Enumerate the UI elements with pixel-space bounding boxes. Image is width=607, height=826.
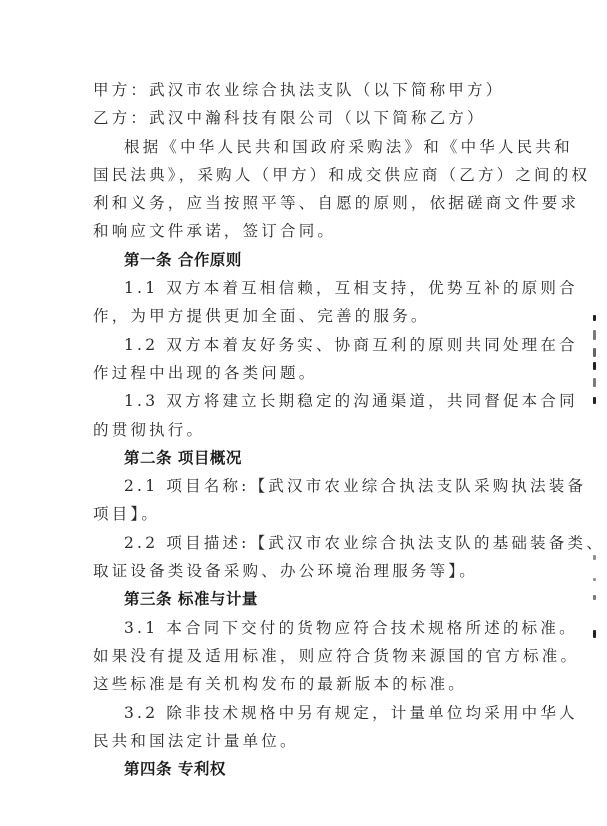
stamp-mark	[593, 348, 596, 357]
party-a-line: 甲方：武汉市农业综合执法支队（以下简称甲方）	[93, 76, 513, 104]
contract-page: 甲方：武汉市农业综合执法支队（以下简称甲方） 乙方：武汉中瀚科技有限公司（以下简…	[93, 76, 513, 783]
party-b-line: 乙方：武汉中瀚科技有限公司（以下简称乙方）	[93, 104, 513, 132]
clause-line: 项目】。	[93, 500, 513, 528]
clause-line: 1.1 双方本着互相信赖，互相支持，优势互补的原则合	[93, 274, 513, 302]
clause-line: 作过程中出现的各类问题。	[93, 359, 513, 387]
stamp-mark	[593, 397, 596, 404]
section-heading: 第四条 专利权	[93, 755, 513, 783]
preamble-line: 根据《中华人民共和国政府采购法》和《中华人民共和	[93, 133, 513, 161]
stamp-mark	[593, 378, 596, 387]
clause-line: 这些标准是有关机构发布的最新版本的标准。	[93, 670, 513, 698]
clause-line: 取证设备类设备采购、办公环境治理服务等】。	[93, 557, 513, 585]
clause-line: 2.2 项目描述:【武汉市农业综合执法支队的基础装备类、	[93, 529, 513, 557]
preamble-line: 国民法典》，采购人（甲方）和成交供应商（乙方）之间的权	[93, 161, 513, 189]
clause-line: 作，为甲方提供更加全面、完善的服务。	[93, 302, 513, 330]
stamp-mark	[593, 362, 596, 370]
stamp-mark	[593, 630, 596, 638]
clause-line: 3.2 除非技术规格中另有规定，计量单位均采用中华人	[93, 699, 513, 727]
clause-line: 2.1 项目名称:【武汉市农业综合执法支队采购执法装备	[93, 472, 513, 500]
clause-line: 如果没有提及适用标准，则应符合货物来源国的官方标准。	[93, 642, 513, 670]
clause-line: 1.3 双方将建立长期稳定的沟通渠道，共同督促本合同	[93, 387, 513, 415]
stamp-mark	[593, 555, 596, 560]
section-heading: 第三条 标准与计量	[93, 585, 513, 613]
stamp-mark	[593, 595, 596, 600]
clause-line: 1.2 双方本着友好务实、协商互利的原则共同处理在合	[93, 331, 513, 359]
stamp-mark	[593, 315, 596, 321]
clause-line: 民共和国法定计量单位。	[93, 727, 513, 755]
section-heading: 第一条 合作原则	[93, 246, 513, 274]
clause-line: 3.1 本合同下交付的货物应符合技术规格所述的标准。	[93, 614, 513, 642]
stamp-mark	[593, 330, 596, 340]
section-heading: 第二条 项目概况	[93, 444, 513, 472]
stamp-mark	[593, 578, 596, 581]
preamble-line: 利和义务，应当按照平等、自愿的原则，依据磋商文件要求	[93, 189, 513, 217]
clause-line: 的贯彻执行。	[93, 416, 513, 444]
preamble-line: 和响应文件承诺，签订合同。	[93, 217, 513, 245]
